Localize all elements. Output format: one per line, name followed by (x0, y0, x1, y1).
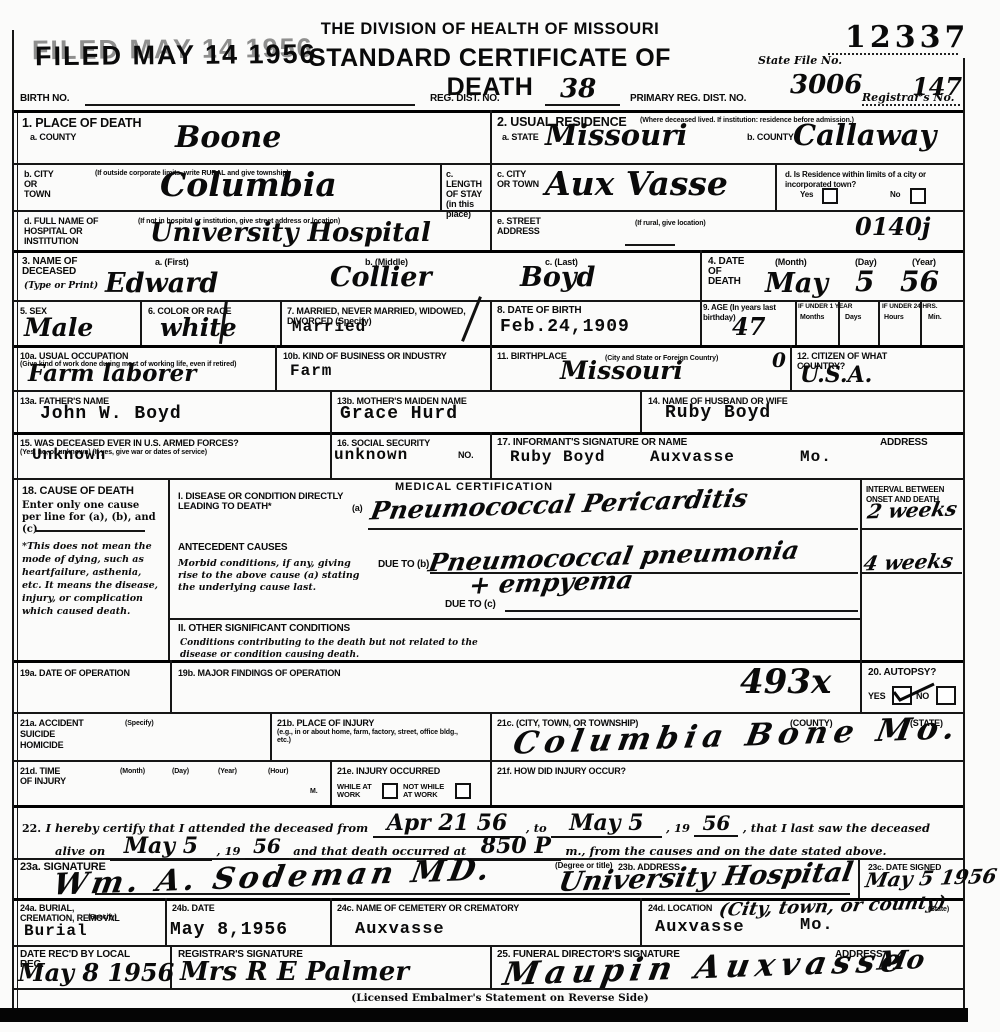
birthplace-value: Missouri (560, 356, 683, 385)
grid-line (14, 432, 963, 435)
cemetery-location-state-value: Mo. (800, 916, 834, 935)
divider (490, 432, 492, 478)
cemetery-value: Auxvasse (355, 920, 445, 939)
residence-limits-no-label: No (890, 190, 900, 200)
certification-text: m., from the causes and on the date stat… (565, 844, 886, 858)
divider (775, 163, 777, 210)
divider (330, 760, 332, 805)
first-name-label: a. (First) (155, 257, 189, 267)
place-city-label: b. CITY OR TOWN (24, 169, 64, 199)
other-conditions-label: II. OTHER SIGNIFICANT CONDITIONS (178, 624, 350, 634)
birthplace-stray-mark: 0 (772, 348, 786, 372)
divider (490, 300, 492, 345)
cemetery-location-label: 24d. LOCATION (648, 903, 712, 913)
ssn-value: unknown (334, 446, 408, 464)
age-days-label: Days (845, 314, 861, 322)
autopsy-no-checkbox (936, 686, 956, 705)
major-findings-value: 493x (740, 662, 831, 702)
ssn-no-label: NO. (458, 450, 473, 460)
first-name-value: Edward (105, 268, 218, 299)
registrar-signature-value: Mrs R E Palmer (180, 957, 409, 987)
dod-year-value: 56 (900, 265, 939, 298)
dod-month-label: (Month) (775, 257, 807, 267)
not-while-at-work-label: NOT WHILE AT WORK (403, 783, 451, 799)
place-of-injury-label: 21b. PLACE OF INJURY (277, 718, 407, 728)
toi-m-label: M. (310, 788, 318, 796)
grid-line (14, 163, 963, 165)
cause-of-death-title: 18. CAUSE OF DEATH (22, 486, 134, 496)
grid-line (14, 250, 963, 253)
state-file-line (828, 53, 958, 55)
major-findings-label: 19b. MAJOR FINDINGS OF OPERATION (178, 668, 340, 678)
informant-address-value: Auxvasse (650, 448, 735, 466)
cause-note-divider (35, 530, 145, 532)
informant-label: 17. INFORMANT'S SIGNATURE OR NAME (497, 438, 687, 448)
last-alive-year-value: 56 (245, 834, 289, 860)
disease-condition-label: I. DISEASE OR CONDITION DIRECTLY LEADING… (178, 492, 358, 512)
street-address-value: 0140j (855, 212, 930, 241)
residence-city-label: c. CITY OR TOWN (497, 169, 539, 189)
cause-a-label: (a) (352, 503, 362, 513)
divider (640, 898, 642, 945)
cause-note2: *This does not mean the mode of dying, s… (22, 540, 160, 618)
grid-line (14, 760, 963, 762)
not-while-at-work-checkbox (455, 783, 471, 799)
residence-state-label: a. STATE (502, 132, 539, 142)
burial-value: Burial (24, 922, 88, 940)
armed-forces-value: Unknown (32, 446, 106, 464)
burial-date-label: 24b. DATE (172, 903, 215, 913)
divider (858, 858, 860, 898)
deceased-name-title: 3. NAME OF DECEASED (22, 257, 112, 277)
last-name-value: Boyd (520, 262, 595, 293)
occupation-value: Farm laborer (28, 360, 196, 387)
divider (330, 898, 332, 945)
certification-no: 22. (22, 822, 41, 835)
grid-line (14, 390, 963, 392)
other-conditions-note: Conditions contributing to the death but… (180, 637, 480, 661)
dob-value: Feb.24,1909 (500, 317, 630, 337)
autopsy-yes-checkmark (890, 678, 938, 704)
place-of-death-title: 1. PLACE OF DEATH (22, 117, 141, 130)
divider (490, 345, 492, 390)
divider (640, 390, 642, 432)
left-border-inner (17, 110, 18, 1008)
interval-a-value: 2 weeks (866, 496, 960, 523)
grid-line (14, 300, 963, 302)
birth-no-line (85, 104, 415, 106)
place-of-injury-note: (e.g., in or about home, farm, factory, … (277, 729, 462, 745)
divider (795, 300, 797, 345)
antecedent-causes-label: ANTECEDENT CAUSES (178, 543, 287, 553)
place-county-value: Boone (175, 120, 281, 155)
divider (490, 760, 492, 805)
divider (490, 110, 492, 250)
informant-state-value: Mo. (800, 448, 832, 466)
cemetery-location-value: Auxvasse (655, 918, 745, 937)
citizen-value: U.S.A. (800, 362, 872, 388)
certification-text: alive on (55, 844, 105, 858)
marital-value: Married (292, 318, 366, 336)
divider (165, 898, 167, 945)
autopsy-label: 20. AUTOPSY? (868, 668, 936, 678)
burial-specify-note: (Specify) (88, 914, 117, 922)
residence-limits-yes-checkbox (822, 188, 838, 204)
signature-line (95, 893, 850, 895)
residence-limits-no-checkbox (910, 188, 926, 204)
deceased-name-subtitle: (Type or Print) (24, 280, 98, 292)
divider (280, 300, 282, 345)
age-hours-label: Hours (884, 314, 904, 322)
father-name-value: John W. Boyd (40, 404, 182, 424)
bottom-scan-bar (0, 1008, 968, 1022)
attended-to-year-value: 56 (694, 811, 738, 837)
interval-b-line (862, 572, 962, 574)
place-city-value: Columbia (160, 165, 337, 204)
divider (440, 163, 442, 210)
state-file-label: State File No. (758, 55, 842, 67)
street-address-label: e. STREET ADDRESS (497, 216, 557, 236)
residence-county-value: Callaway (793, 118, 936, 152)
due-to-c-label: DUE TO (c) (445, 600, 496, 610)
age-under24-label: IF UNDER 24 HRS. (882, 303, 960, 311)
primary-reg-label: PRIMARY REG. DIST. NO. (630, 94, 746, 104)
dod-day-value: 5 (855, 265, 874, 298)
cause-a-line (368, 528, 858, 530)
certification-text: , 19 (666, 821, 690, 835)
divider (270, 712, 272, 760)
informant-address-label: ADDRESS (880, 438, 928, 448)
residence-city-value: Aux Vasse (545, 164, 728, 203)
divider (168, 478, 170, 660)
divider (490, 712, 492, 760)
how-injury-occurred-label: 21f. HOW DID INJURY OCCUR? (497, 766, 626, 776)
grid-line (14, 110, 963, 113)
residence-county-label: b. COUNTY (747, 132, 794, 142)
section-ii-divider (168, 618, 860, 620)
interval-a-line (862, 528, 962, 530)
registrar-no-line (862, 104, 960, 106)
mother-name-value: Grace Hurd (340, 404, 458, 424)
injury-occurred-label: 21e. INJURY OCCURRED (337, 766, 487, 776)
left-border-outer (12, 30, 14, 1008)
date-of-death-title: 4. DATE OF DEATH (708, 257, 750, 287)
date-received-value: May 8 1956 (18, 958, 174, 987)
date-signed-value: May 5 1956 (863, 864, 998, 893)
due-to-b-label: DUE TO (b) (378, 560, 429, 570)
reg-dist-label: REG. DIST. NO. (430, 94, 499, 104)
sex-value: Male (24, 313, 93, 342)
divider (330, 432, 332, 478)
while-at-work-label: WHILE AT WORK (337, 783, 379, 799)
toi-month-label: (Month) (120, 768, 145, 776)
age-under1-label: IF UNDER 1 YEAR (798, 303, 876, 311)
age-min-label: Min. (928, 314, 942, 322)
residence-limits-yes-label: Yes (800, 190, 813, 200)
state-file-number: 12337 (845, 20, 969, 55)
divider (490, 945, 492, 988)
header-department: THE DIVISION OF HEALTH OF MISSOURI (290, 20, 690, 39)
industry-label: 10b. KIND OF BUSINESS OR INDUSTRY (283, 351, 473, 361)
toi-hour-label: (Hour) (268, 768, 288, 776)
toi-year-label: (Year) (218, 768, 237, 776)
divider (275, 345, 277, 390)
divider (140, 300, 142, 345)
time-of-injury-label: 21d. TIME OF INJURY (20, 766, 68, 786)
hospital-label: d. FULL NAME OF HOSPITAL OR INSTITUTION (24, 216, 134, 246)
divider (860, 660, 862, 712)
while-at-work-checkbox (382, 783, 398, 799)
grid-line (14, 805, 963, 808)
registrar-no-value: 147 (912, 72, 962, 101)
birthplace-label: 11. BIRTHPLACE (497, 351, 567, 361)
accident-specify-note: (Specify) (125, 720, 154, 728)
grid-line (14, 988, 963, 990)
middle-name-value: Collier (330, 262, 432, 293)
street-scribble-line (625, 244, 675, 246)
morbid-note: Morbid conditions, if any, giving rise t… (178, 558, 373, 594)
accident-suicide-homicide-label: 21a. ACCIDENT SUICIDE HOMICIDE (20, 718, 95, 751)
death-certificate-scan: FILED MAY 14 1956 THE DIVISION OF HEALTH… (0, 0, 1000, 1032)
cemetery-location-state-label: (State) (928, 906, 949, 914)
divider (700, 250, 702, 345)
reg-dist-line (545, 104, 620, 106)
autopsy-yes-label: YES (868, 691, 885, 701)
place-county-label: a. COUNTY (30, 132, 76, 142)
toi-day-label: (Day) (172, 768, 189, 776)
grid-line (14, 712, 963, 714)
grid-line (14, 478, 963, 480)
age-value: 47 (732, 312, 765, 341)
reg-dist-value: 38 (560, 74, 596, 104)
attended-to-value: May 5 (551, 810, 661, 838)
informant-name-value: Ruby Boyd (510, 448, 605, 466)
street-address-note: (If rural, give location) (635, 220, 706, 228)
certification-text: , 19 (217, 844, 241, 858)
birth-no-label: BIRTH NO. (20, 94, 69, 104)
embalmer-footer: (Licensed Embalmer's Statement on Revers… (280, 992, 720, 1004)
hospital-value: University Hospital (150, 218, 431, 248)
residence-limits-label: d. Is Residence within limits of a city … (785, 170, 950, 190)
industry-value: Farm (290, 362, 332, 380)
date-of-operation-label: 19a. DATE OF OPERATION (20, 668, 140, 678)
divider (878, 300, 880, 345)
divider (790, 345, 792, 390)
length-of-stay-label: c. LENGTH OF STAY (in this place) (446, 169, 490, 219)
cause-b-line (430, 572, 858, 574)
burial-date-value: May 8,1956 (170, 920, 288, 940)
cause-b-value-line2: + empyema (467, 565, 636, 600)
funeral-director-address-value: Mo (875, 945, 927, 977)
certification-statement-line2: alive on May 5 , 19 56 and that death oc… (55, 835, 955, 861)
cemetery-label: 24c. NAME OF CEMETERY OR CREMATORY (337, 903, 519, 913)
spouse-name-value: Ruby Boyd (665, 403, 771, 423)
residence-state-value: Missouri (545, 118, 688, 152)
divider (170, 660, 172, 712)
cause-c-line (505, 610, 858, 612)
certification-text: , that I last saw the deceased (743, 821, 930, 835)
grid-line (14, 345, 963, 348)
age-months-label: Months (800, 314, 824, 322)
dod-month-value: May (765, 268, 828, 299)
divider (330, 390, 332, 432)
last-alive-value: May 5 (110, 833, 212, 861)
primary-reg-value: 3006 (790, 70, 862, 100)
dob-label: 8. DATE OF BIRTH (497, 306, 581, 316)
